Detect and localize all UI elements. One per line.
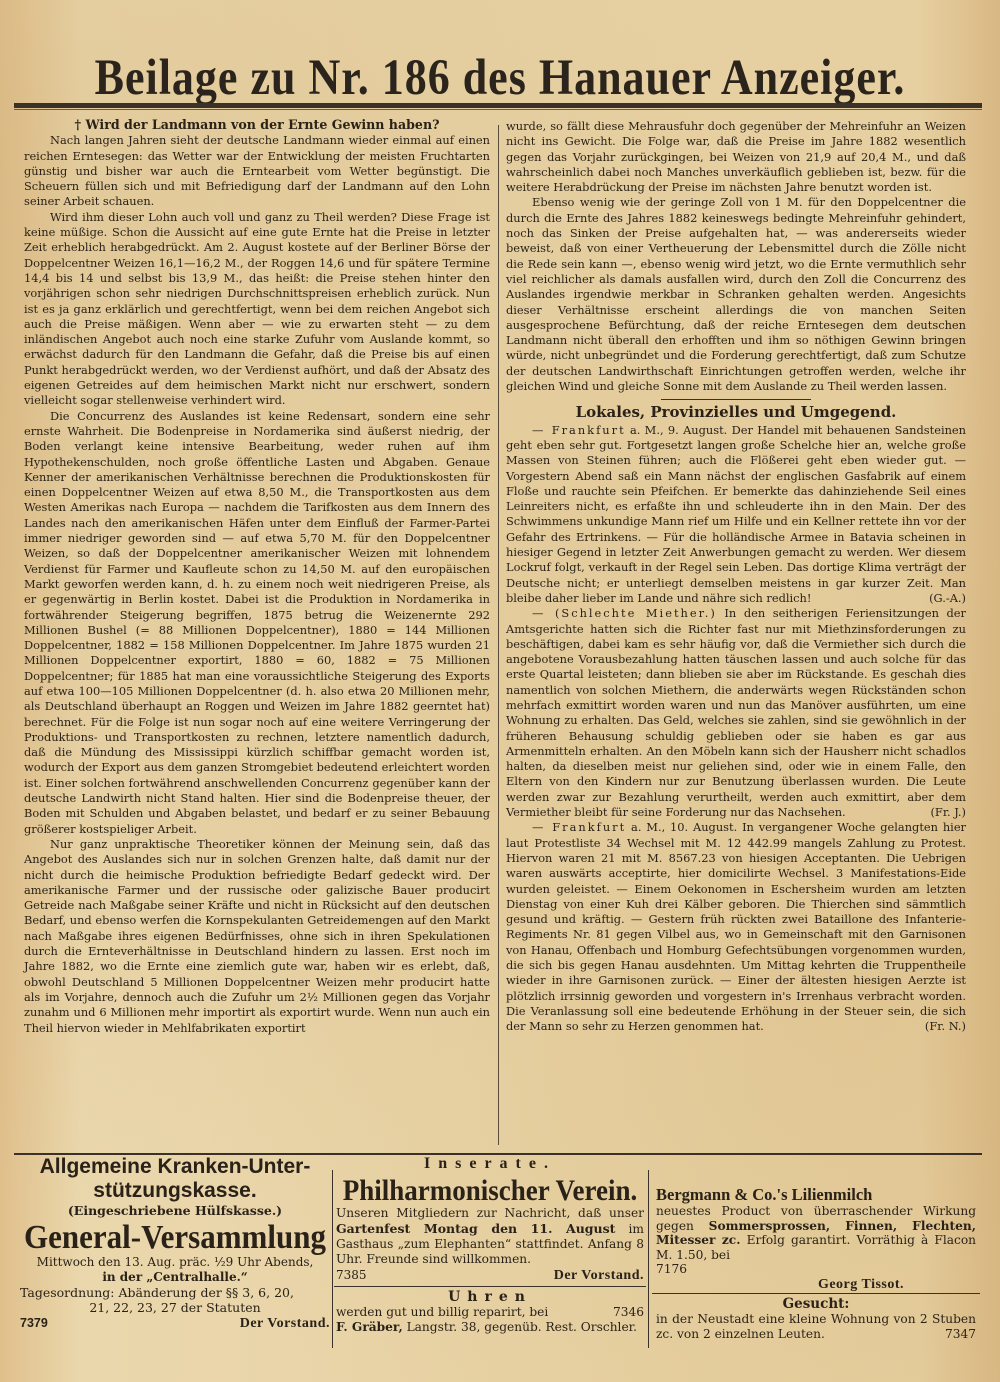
news-item: — Frankfurt a. M., 9. August. Der Handel…	[506, 423, 966, 607]
ad-text-bold: Gartenfest Montag den 11. August	[336, 1221, 615, 1236]
ad-philharmonie: Philharmonischer Verein. Unseren Mitglie…	[336, 1174, 644, 1284]
news-dateline-date: a. M., 10. August.	[631, 820, 737, 834]
ad-divider	[332, 1170, 333, 1348]
ad-body: Unseren Mitgliedern zur Nachricht, daß u…	[336, 1206, 644, 1267]
ad-separator	[652, 1293, 980, 1294]
news-dateline-place: — (Schlechte Miether.)	[532, 606, 717, 620]
column-right: wurde, so fällt diese Mehrausfuhr doch g…	[506, 119, 966, 1035]
masthead-rule	[14, 103, 982, 108]
article-paragraph: Die Concurrenz des Auslandes ist keine R…	[24, 409, 490, 837]
ad-text: Unseren Mitgliedern zur Nachricht, daß u…	[336, 1206, 644, 1220]
ad-footer: Georg Tissot.	[656, 1277, 976, 1293]
ad-number: 7346	[613, 1305, 644, 1320]
inserate-label: Inserate.	[336, 1155, 644, 1173]
news-dateline-date: a. M., 9. August.	[630, 423, 727, 437]
news-source: (Fr. N.)	[899, 1019, 966, 1034]
ad-address: Langstr. 38, gegenüb. Rest. Orschler.	[407, 1320, 637, 1334]
ad-title: Gesucht:	[656, 1296, 976, 1312]
column-divider	[498, 125, 499, 1145]
article-headline: † Wird der Landmann von der Ernte Gewinn…	[24, 117, 490, 132]
news-text: Der Handel mit behauenen Sandsteinen geh…	[506, 423, 966, 605]
column-left: † Wird der Landmann von der Ernte Gewinn…	[24, 117, 490, 1036]
ad-text: werden gut und billig reparirt, bei	[336, 1305, 548, 1320]
ad-title: stützungskasse.	[20, 1179, 330, 1203]
news-source: (Fr. J.)	[904, 805, 966, 820]
ad-body: in der Neustadt eine kleine Wohnung von …	[656, 1312, 976, 1342]
ad-kranken-kasse: Allgemeine Kranken-Unter- stützungskasse…	[20, 1155, 330, 1332]
ad-signature: Der Vorstand.	[240, 1316, 330, 1332]
ad-agenda: 21, 22, 23, 27 der Statuten	[20, 1300, 330, 1315]
ad-footer: 7385 Der Vorstand.	[336, 1268, 644, 1284]
ad-signature: Der Vorstand.	[554, 1268, 644, 1284]
news-dateline-place: — Frankfurt	[532, 820, 626, 834]
ad-title: Uhren	[336, 1289, 644, 1305]
article-paragraph: Nur ganz unpraktische Theoretiker können…	[24, 837, 490, 1036]
section-title-local-news: Lokales, Provinzielles und Umgegend.	[506, 405, 966, 420]
ad-body: neuestes Product von überraschender Wirk…	[656, 1204, 976, 1262]
ad-body: F. Gräber, Langstr. 38, gegenüb. Rest. O…	[336, 1320, 644, 1335]
news-text: In vergangener Woche gelangten hier laut…	[506, 820, 966, 1033]
ad-footer: 7379 Der Vorstand.	[20, 1316, 330, 1332]
article-paragraph: Wird ihm dieser Lohn auch voll und ganz …	[24, 210, 490, 409]
ad-signature: Georg Tissot.	[818, 1277, 904, 1292]
article-paragraph: Ebenso wenig wie der geringe Zoll von 1 …	[506, 195, 966, 394]
ad-separator	[334, 1286, 646, 1287]
news-dateline-place: — Frankfurt	[532, 423, 626, 437]
ad-bergmann-lilienmilch: Bergmann & Co.'s Lilienmilch neuestes Pr…	[656, 1185, 976, 1292]
ad-body: werden gut und billig reparirt, bei 7346	[336, 1305, 644, 1320]
ad-title: Allgemeine Kranken-Unter-	[20, 1155, 330, 1179]
ad-venue: in der „Centralhalle.“	[20, 1270, 330, 1285]
ad-number: 7379	[20, 1316, 48, 1330]
section-divider	[661, 399, 811, 400]
ad-number: 7347	[945, 1327, 976, 1342]
article-paragraph: Nach langen Jahren sieht der deutsche La…	[24, 133, 490, 209]
ad-title: Bergmann & Co.'s Lilienmilch	[656, 1185, 976, 1204]
news-text: In den seitherigen Feriensitzungen der A…	[506, 606, 966, 819]
ad-uhren: Uhren werden gut und billig reparirt, be…	[336, 1289, 644, 1335]
ad-advertiser: F. Gräber,	[336, 1320, 403, 1334]
news-item: — (Schlechte Miether.) In den seitherige…	[506, 606, 966, 820]
ad-divider	[648, 1170, 649, 1348]
article-continuation: wurde, so fällt diese Mehrausfuhr doch g…	[506, 119, 966, 195]
ad-title: Philharmonischer Verein.	[336, 1172, 644, 1207]
newspaper-page: Beilage zu Nr. 186 des Hanauer Anzeiger.…	[0, 0, 1000, 1382]
ad-number: 7176	[656, 1262, 976, 1277]
ad-date: Mittwoch den 13. Aug. präc. ½9 Uhr Abend…	[20, 1255, 330, 1270]
news-item: — Frankfurt a. M., 10. August. In vergan…	[506, 820, 966, 1034]
ad-number: 7385	[336, 1268, 367, 1282]
ad-gesucht: Gesucht: in der Neustadt eine kleine Woh…	[656, 1296, 976, 1342]
news-source: (G.-A.)	[903, 591, 966, 606]
masthead-title: Beilage zu Nr. 186 des Hanauer Anzeiger.	[0, 48, 1000, 107]
ad-text: in der Neustadt eine kleine Wohnung von …	[656, 1312, 976, 1341]
ad-agenda: Tagesordnung: Abänderung der §§ 3, 6, 20…	[20, 1285, 330, 1300]
ad-heading: General-Versammlung	[20, 1217, 330, 1257]
